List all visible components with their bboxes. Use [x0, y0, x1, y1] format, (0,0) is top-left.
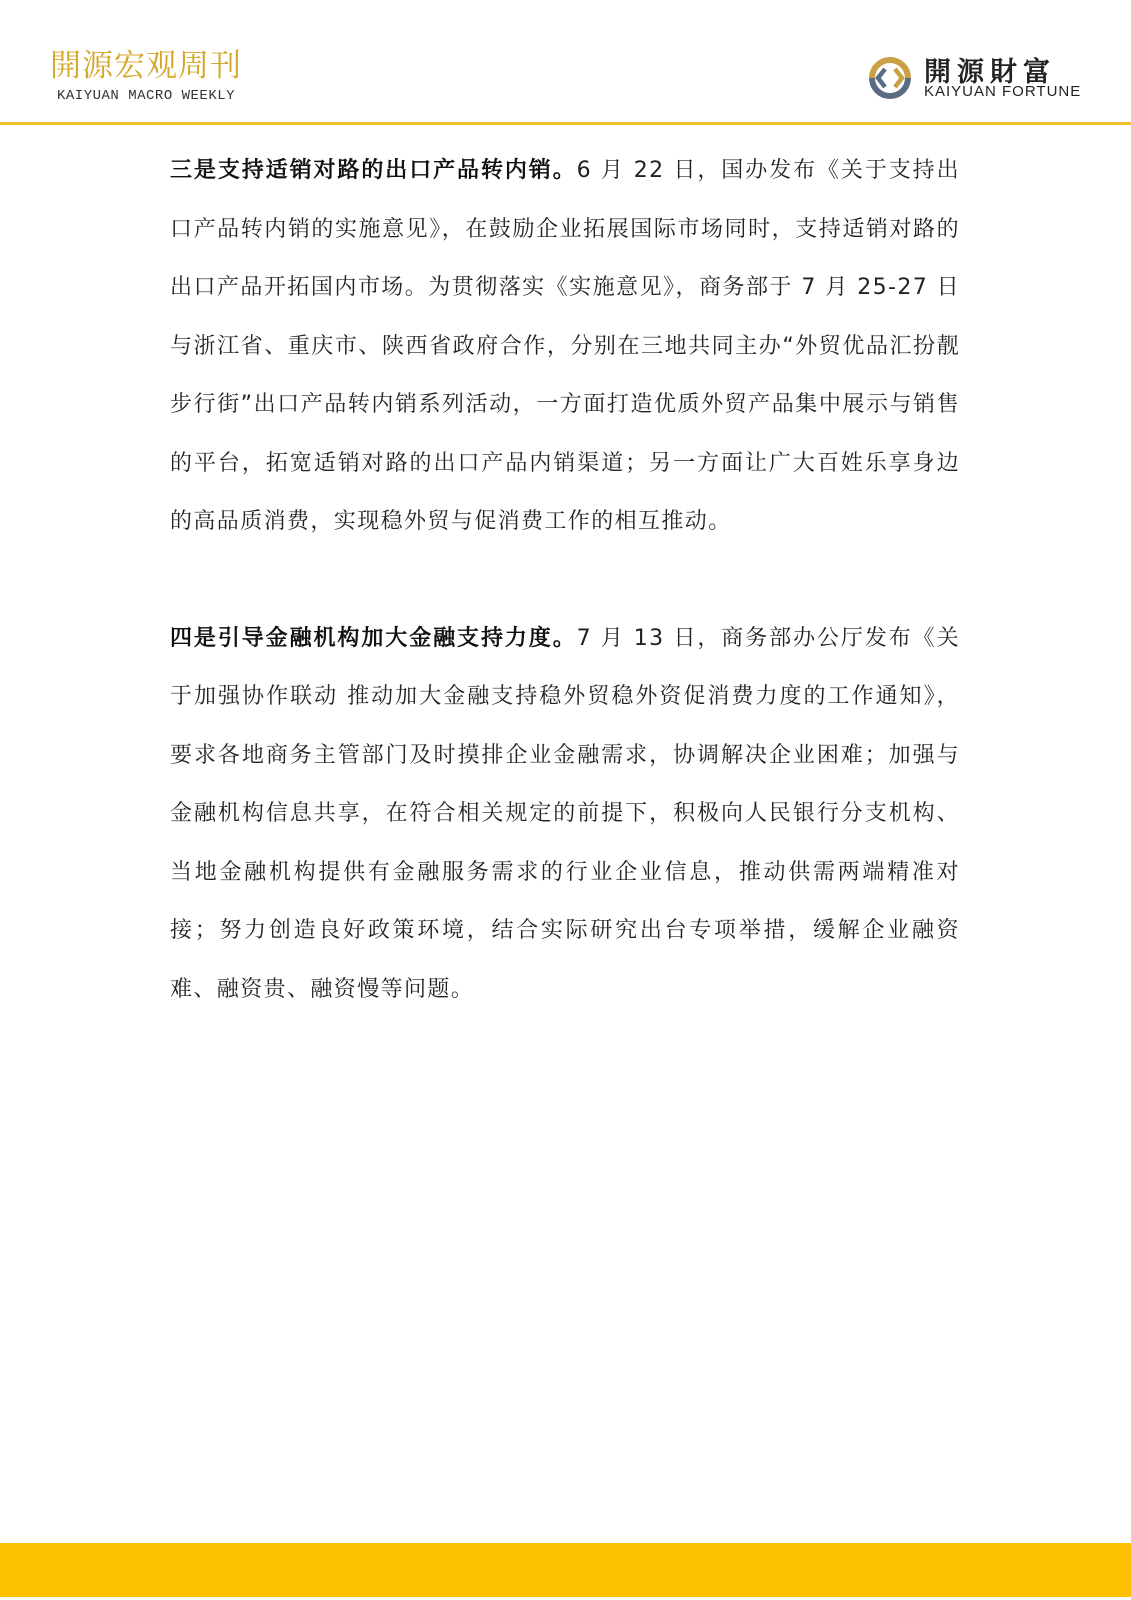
paragraph-lead: 四是引导金融机构加大金融支持力度。 — [170, 626, 577, 651]
paragraph-text: 7 月 13 日，商务部办公厅发布《关于加强协作联动 推动加大金融支持稳外贸稳外… — [170, 626, 960, 1002]
footer-bar — [0, 1543, 1131, 1597]
kaiyuan-logo-icon — [866, 54, 914, 102]
publication-subtitle: KAIYUAN MACRO WEEKLY — [57, 88, 235, 104]
publication-title: 開源宏观周刊 — [50, 40, 242, 85]
brand-logo: 開源財富 KAIYUAN FORTUNE — [866, 50, 1086, 106]
paragraph-export-to-domestic: 三是支持适销对路的出口产品转内销。6 月 22 日，国办发布《关于支持出口产品转… — [170, 142, 960, 552]
paragraph-text: 6 月 22 日，国办发布《关于支持出口产品转内销的实施意见》，在鼓励企业拓展国… — [170, 158, 960, 534]
paragraph-lead: 三是支持适销对路的出口产品转内销。 — [170, 158, 577, 183]
paragraph-financial-support: 四是引导金融机构加大金融支持力度。7 月 13 日，商务部办公厅发布《关于加强协… — [170, 610, 960, 1020]
article-body: 三是支持适销对路的出口产品转内销。6 月 22 日，国办发布《关于支持出口产品转… — [170, 142, 960, 1019]
header-divider — [0, 122, 1131, 125]
logo-name-en: KAIYUAN FORTUNE — [924, 83, 1081, 100]
